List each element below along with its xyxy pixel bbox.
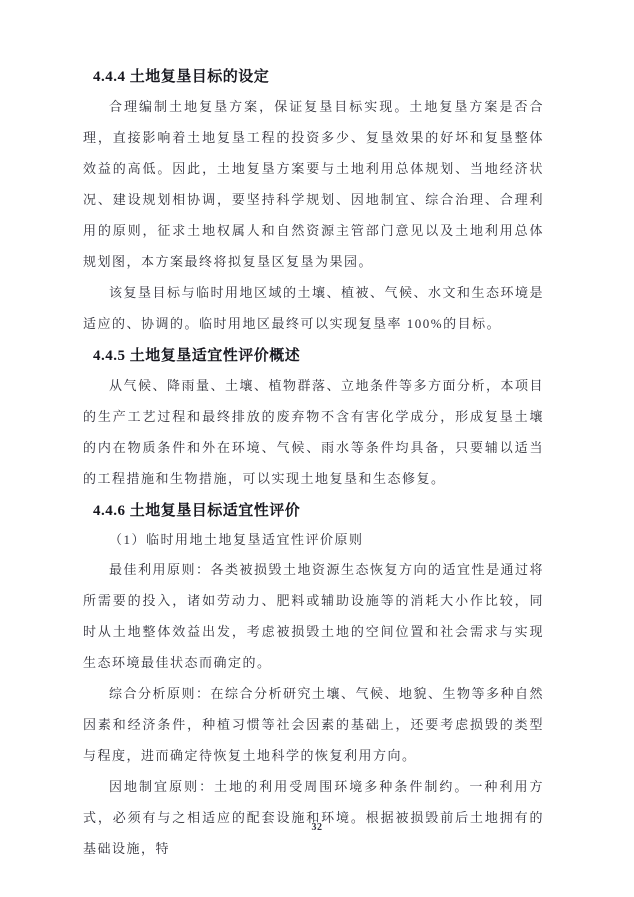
subitem-evaluation-principles: （1）临时用地土地复垦适宜性评价原则 bbox=[83, 525, 544, 554]
para-local-conditions-principle: 因地制宜原则：土地的利用受周围环境多种条件制约。一种利用方式，必须有与之相适应的… bbox=[83, 771, 544, 864]
document-page: 4.4.4 土地复垦目标的设定 合理编制土地复垦方案，保证复垦目标实现。土地复垦… bbox=[0, 0, 634, 897]
section-heading-4-4-6: 4.4.6 土地复垦目标适宜性评价 bbox=[93, 497, 544, 525]
para-reclamation-plan-rationale: 合理编制土地复垦方案，保证复垦目标实现。土地复垦方案是否合理，直接影响着土地复垦… bbox=[83, 91, 544, 277]
page-number: 32 bbox=[0, 822, 634, 833]
para-suitability-overview: 从气候、降雨量、土壤、植物群落、立地条件等多方面分析，本项目的生产工艺过程和最终… bbox=[83, 370, 544, 494]
document-content: 4.4.4 土地复垦目标的设定 合理编制土地复垦方案，保证复垦目标实现。土地复垦… bbox=[83, 60, 544, 864]
para-comprehensive-analysis-principle: 综合分析原则：在综合分析研究土壤、气候、地貌、生物等多种自然因素和经济条件，种植… bbox=[83, 678, 544, 771]
para-best-use-principle: 最佳利用原则：各类被损毁土地资源生态恢复方向的适宜性是通过将所需要的投入，诸如劳… bbox=[83, 554, 544, 678]
section-heading-4-4-5: 4.4.5 土地复垦适宜性评价概述 bbox=[93, 342, 544, 370]
para-reclamation-target-adaptation: 该复垦目标与临时用地区域的土壤、植被、气候、水文和生态环境是适应的、协调的。临时… bbox=[83, 277, 544, 339]
section-heading-4-4-4: 4.4.4 土地复垦目标的设定 bbox=[93, 63, 544, 91]
